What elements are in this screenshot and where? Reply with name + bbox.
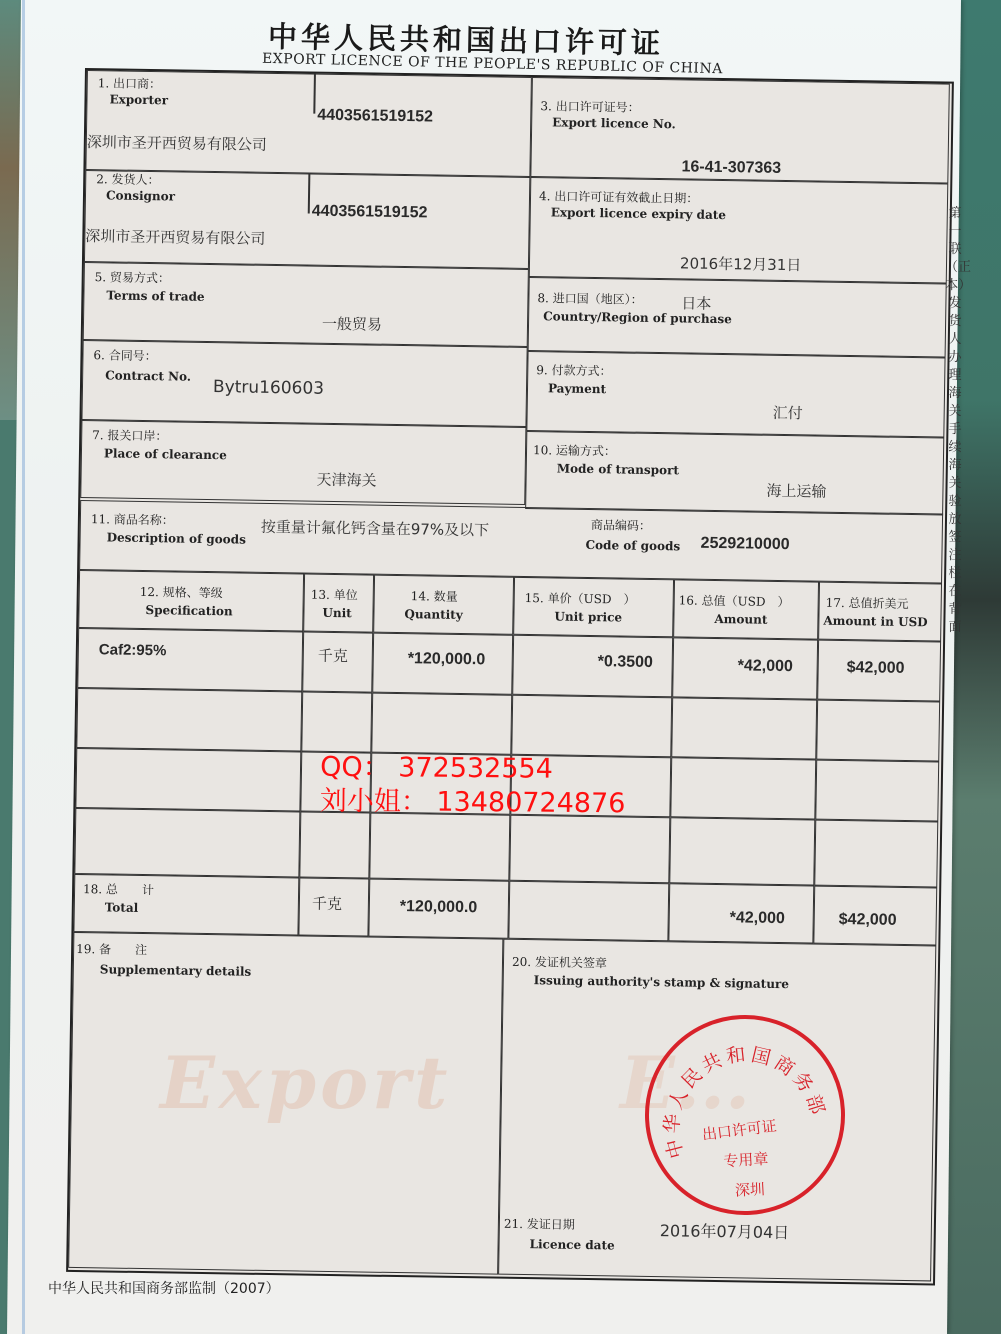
phone-contact: 刘小姐： 13480724876	[320, 785, 626, 822]
terms-value: 一般贸易	[322, 313, 382, 335]
licence-date-label-cn: 21. 发证日期	[504, 1216, 575, 1233]
licence-date-label-en: Licence date	[529, 1236, 614, 1253]
transport-label-cn: 10. 运输方式：	[533, 442, 616, 459]
row-unit-price: *0.3500	[598, 653, 653, 672]
consignor-cell: 2. 发货人： Consignor 4403561519152 深圳市圣开西贸易…	[84, 170, 530, 269]
goods-code-label-en: Code of goods	[585, 537, 680, 554]
total-amount: *42,000	[730, 909, 785, 928]
payment-label-en: Payment	[548, 380, 606, 397]
clearance-label-en: Place of clearance	[104, 445, 227, 463]
empty-row	[74, 808, 300, 878]
empty-row	[76, 688, 302, 752]
terms-cell: 5. 贸易方式： Terms of trade 一般贸易	[83, 262, 529, 347]
row-amount-cell: *42,000	[672, 637, 818, 699]
header-amount-usd-cn: 17. 总值折美元	[826, 595, 909, 612]
total-row: 18. 总 计 Total	[73, 874, 299, 936]
header-unit-price-cn: 15. 单价（USD ）	[525, 590, 636, 608]
row-amount: *42,000	[738, 657, 793, 676]
table-row: Caf2:95%	[77, 628, 303, 692]
authority-label-cn: 20. 发证机关签章	[512, 954, 607, 971]
exporter-label-cn: 1. 出口商：	[98, 75, 162, 92]
total-amount-usd-cell: $42,000	[813, 886, 937, 946]
clearance-value: 天津海关	[316, 469, 376, 491]
paper-edge	[22, 0, 25, 1334]
header-unit-price: 15. 单价（USD ） Unit price	[513, 577, 674, 638]
licence-no-label-cn: 3. 出口许可证号：	[540, 98, 640, 116]
goods-label-en: Description of goods	[107, 529, 247, 547]
total-quantity: *120,000.0	[400, 898, 478, 917]
header-unit: 13. 单位 Unit	[303, 574, 374, 633]
empty-cell	[814, 820, 938, 888]
empty-cell	[816, 700, 940, 762]
total-label-cn: 18. 总 计	[83, 881, 154, 898]
header-amount-cn: 16. 总值（USD ）	[679, 592, 790, 610]
total-amount-cell: *42,000	[668, 883, 814, 943]
contract-label-en: Contract No.	[105, 367, 191, 384]
header-spec-en: Specification	[145, 602, 232, 619]
empty-cell	[669, 817, 815, 885]
row-amount-usd-cell: $42,000	[817, 640, 941, 702]
exporter-code: 4403561519152	[317, 107, 433, 127]
stamp-center-line3: 深圳	[734, 1178, 765, 1201]
goods-code: 2529210000	[700, 535, 789, 554]
total-unit-price-cell	[508, 881, 669, 942]
side-note: 第一联（正本）发货人办理海关手续 海关验放签注栏在背面	[945, 205, 965, 637]
empty-cell	[369, 813, 510, 881]
total-unit: 千克	[312, 893, 342, 914]
contract-label-cn: 6. 合同号：	[93, 347, 157, 364]
header-amount: 16. 总值（USD ） Amount	[673, 579, 819, 639]
empty-row	[75, 748, 301, 812]
transport-label-en: Mode of transport	[557, 460, 679, 478]
goods-description: 按重量计氟化钙含量在97%及以下	[261, 516, 490, 541]
empty-cell	[371, 693, 512, 755]
row-unit-price-cell: *0.3500	[512, 635, 673, 698]
row-amount-usd: $42,000	[847, 659, 905, 678]
authority-label-en: Issuing authority's stamp & signature	[534, 972, 789, 992]
licence-date-value: 2016年07月04日	[660, 1218, 790, 1243]
row-spec: Caf2:95%	[99, 641, 167, 659]
row-quantity: *120,000.0	[408, 650, 486, 669]
row-unit-cell: 千克	[302, 631, 373, 692]
payment-value: 汇付	[773, 402, 803, 423]
transport-value: 海上运输	[766, 480, 826, 502]
country-value: 日本	[681, 292, 711, 313]
contract-value: Bytru160603	[213, 377, 324, 399]
empty-cell	[671, 697, 817, 759]
exporter-name: 深圳市圣开西贸易有限公司	[87, 131, 267, 155]
goods-code-label-cn: 商品编码：	[591, 517, 651, 534]
row-quantity-cell: *120,000.0	[372, 633, 513, 695]
contact-overlay: QQ： 372532554 刘小姐： 13480724876	[320, 751, 626, 822]
empty-cell	[301, 691, 372, 752]
header-quantity-cn: 14. 数量	[411, 588, 458, 605]
expiry-value: 2016年12月31日	[680, 252, 802, 275]
empty-cell	[509, 815, 670, 884]
total-label-en: Total	[105, 899, 139, 916]
header-unit-en: Unit	[322, 605, 352, 621]
total-amount-usd: $42,000	[839, 911, 897, 930]
row-unit: 千克	[318, 645, 348, 666]
exporter-code-divider	[313, 74, 316, 114]
consignor-label-en: Consignor	[106, 187, 175, 204]
clearance-label-cn: 7. 报关口岸：	[92, 427, 168, 444]
svg-text:中华人民共和国商务部: 中华人民共和国商务部	[655, 1038, 832, 1161]
expiry-cell: 4. 出口许可证有效截止日期： Export licence expiry da…	[529, 177, 949, 284]
transport-cell: 10. 运输方式： Mode of transport 海上运输	[525, 431, 944, 516]
empty-cell	[670, 757, 816, 819]
official-stamp: 中华人民共和国商务部 出口许可证 专用章 深圳	[640, 1010, 850, 1220]
payment-label-cn: 9. 付款方式：	[536, 362, 612, 379]
consignor-code-divider	[308, 174, 311, 214]
country-cell: 8. 进口国（地区）： Country/Region of purchase 日…	[528, 277, 947, 358]
terms-label-cn: 5. 贸易方式：	[95, 269, 171, 286]
header-spec-cn: 12. 规格、等级	[140, 584, 223, 601]
exporter-label-en: Exporter	[109, 91, 168, 108]
expiry-label-en: Export licence expiry date	[551, 204, 726, 223]
total-unit-cell: 千克	[298, 877, 369, 936]
empty-cell	[511, 695, 672, 758]
goods-cell: 11. 商品名称： Description of goods 按重量计氟化钙含量…	[79, 500, 943, 584]
header-unit-cn: 13. 单位	[311, 587, 358, 604]
goods-label-cn: 11. 商品名称：	[91, 511, 174, 528]
licence-no-cell: 3. 出口许可证号： Export licence No. 16-41-3073…	[530, 77, 950, 184]
header-amount-usd-en: Amount in USD	[823, 613, 927, 631]
country-label-cn: 8. 进口国（地区）：	[537, 290, 643, 308]
header-amount-usd: 17. 总值折美元 Amount in USD	[818, 582, 942, 642]
exporter-cell: 1. 出口商： Exporter 4403561519152 深圳市圣开西贸易有…	[85, 70, 532, 177]
terms-label-en: Terms of trade	[106, 287, 204, 305]
document-footer: 中华人民共和国商务部监制（2007）	[48, 1278, 280, 1298]
supplementary-label-cn: 19. 备 注	[76, 941, 147, 958]
consignor-code: 4403561519152	[312, 203, 428, 223]
payment-cell: 9. 付款方式： Payment 汇付	[526, 351, 945, 438]
header-quantity-en: Quantity	[404, 606, 463, 623]
header-spec: 12. 规格、等级 Specification	[78, 570, 304, 632]
header-amount-en: Amount	[714, 611, 767, 628]
background-watermark-export: Export	[160, 1040, 451, 1125]
header-quantity: 14. 数量 Quantity	[373, 575, 514, 635]
consignor-label-cn: 2. 发货人：	[96, 171, 160, 188]
header-unit-price-en: Unit price	[554, 608, 622, 625]
licence-no-value: 16-41-307363	[681, 158, 781, 178]
clearance-cell: 7. 报关口岸： Place of clearance 天津海关	[80, 420, 526, 505]
contract-cell: 6. 合同号： Contract No. Bytru160603	[81, 340, 527, 427]
qq-contact: QQ： 372532554	[320, 751, 626, 788]
total-quantity-cell: *120,000.0	[368, 879, 509, 939]
licence-no-label-en: Export licence No.	[552, 114, 676, 132]
stamp-center-line2: 专用章	[723, 1148, 769, 1171]
empty-cell	[299, 811, 370, 878]
supplementary-label-en: Supplementary details	[100, 961, 252, 979]
empty-cell	[815, 760, 939, 822]
consignor-name: 深圳市圣开西贸易有限公司	[85, 225, 265, 249]
